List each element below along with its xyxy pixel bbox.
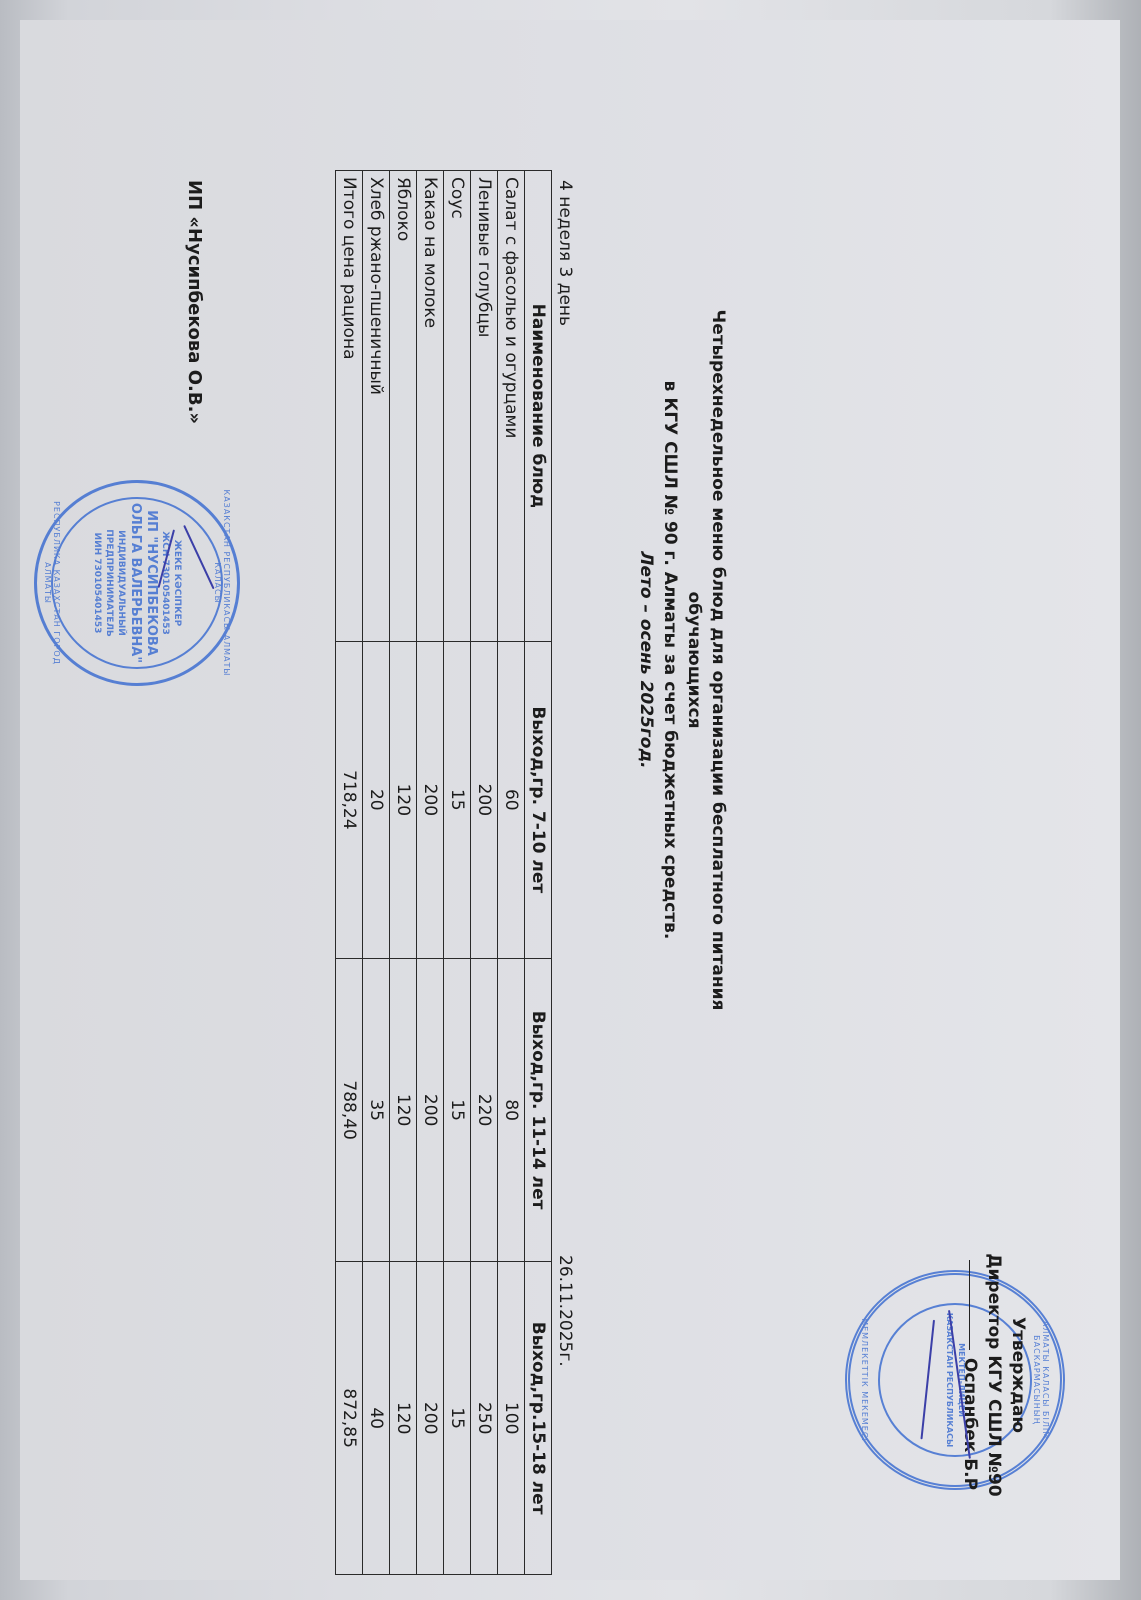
table-row: Соус 15 15 15 — [444, 171, 471, 1575]
approval-label: Утверждаю — [1006, 1210, 1030, 1540]
supplier-stamp-line5: ИНДИВИДУАЛЬНЫЙ ПРЕДПРИНИМАТЕЛЬ — [103, 499, 127, 667]
total-label: Итого цена рациона — [336, 171, 363, 642]
dish-name: Яблоко — [390, 171, 417, 642]
week-day-label: 4 неделя 3 день — [555, 180, 575, 326]
table-row: Ленивые голубцы 200 220 250 — [471, 171, 498, 1575]
yield-11-14: 15 — [444, 958, 471, 1261]
supplier-stamp-line6: ИИН 730105401453 — [91, 533, 103, 634]
title-line2: в КГУ СШЛ № 90 г. Алматы за счет бюджетн… — [658, 280, 682, 1040]
menu-document: АЛМАТЫ КАЛАСЫ БІЛІМ БАСКАРМАСЫНЫҢ МЕКТЕП… — [20, 20, 1120, 1580]
supplier-stamp-line4: ОЛЬГА ВАЛЕРЬЕВНА" — [127, 503, 143, 663]
yield-15-18: 200 — [417, 1262, 444, 1575]
total-11-14: 788,40 — [336, 958, 363, 1261]
table-total-row: Итого цена рациона 718,24 788,40 872,85 — [336, 171, 363, 1575]
supplier-stamp-ring-bottom: РЕСПУБЛИКА КАЗАХСТАН ГОРОД АЛМАТЫ — [43, 483, 61, 683]
total-15-18: 872,85 — [336, 1262, 363, 1575]
yield-7-10: 20 — [363, 641, 390, 958]
school-stamp-ring-top: АЛМАТЫ КАЛАСЫ БІЛІМ БАСКАРМАСЫНЫҢ — [1032, 1275, 1050, 1485]
yield-7-10: 120 — [390, 641, 417, 958]
header-yield-11-14: Выход,гр. 11-14 лет — [525, 958, 552, 1261]
dish-name: Хлеб ржано-пшеничный — [363, 171, 390, 642]
header-dish-name: Наименование блюд — [525, 171, 552, 642]
dish-name: Салат с фасолью и огурцами — [498, 171, 525, 642]
table-row: Салат с фасолью и огурцами 60 80 100 — [498, 171, 525, 1575]
header-yield-7-10: Выход,гр. 7-10 лет — [525, 641, 552, 958]
table-row: Яблоко 120 120 120 — [390, 171, 417, 1575]
title-line3: Лето – осень 2025год. — [634, 280, 658, 1040]
supplier-stamp-line1: ЖЕКЕ КӘСІПКЕР — [171, 540, 183, 626]
document-title: Четырехнедельное меню блюд для организац… — [634, 280, 730, 1040]
yield-15-18: 120 — [390, 1262, 417, 1575]
dish-name: Ленивые голубцы — [471, 171, 498, 642]
yield-11-14: 220 — [471, 958, 498, 1261]
approval-name-line: Оспанбек Б.Р — [958, 1210, 982, 1540]
yield-7-10: 60 — [498, 641, 525, 958]
yield-7-10: 200 — [471, 641, 498, 958]
header-yield-15-18: Выход,гр.15-18 лет — [525, 1262, 552, 1575]
total-7-10: 718,24 — [336, 641, 363, 958]
yield-7-10: 200 — [417, 641, 444, 958]
yield-7-10: 15 — [444, 641, 471, 958]
yield-15-18: 40 — [363, 1262, 390, 1575]
title-line1: Четырехнедельное меню блюд для организац… — [682, 280, 730, 1040]
supplier-label: ИП «Нусипбекова О.В.» — [184, 180, 205, 424]
yield-15-18: 15 — [444, 1262, 471, 1575]
yield-11-14: 35 — [363, 958, 390, 1261]
approval-block: Утверждаю Директор КГУ СШЛ №90 Оспанбек … — [958, 1210, 1030, 1540]
table-header-row: Наименование блюд Выход,гр. 7-10 лет Вых… — [525, 171, 552, 1575]
supplier-stamp-center: ЖЕКЕ КӘСІПКЕР ЖСН 730105401453 ИП "НУСИП… — [51, 497, 223, 669]
yield-11-14: 80 — [498, 958, 525, 1261]
supplier-stamp-line3: ИП "НУСИПБЕКОВА — [143, 510, 159, 656]
dish-name: Какао на молоке — [417, 171, 444, 642]
school-stamp: АЛМАТЫ КАЛАСЫ БІЛІМ БАСКАРМАСЫНЫҢ МЕКТЕП… — [845, 1270, 1065, 1490]
dish-name: Соус — [444, 171, 471, 642]
table-row: Хлеб ржано-пшеничный 20 35 40 — [363, 171, 390, 1575]
supplier-stamp-ring-top: КАЗАКСТАН РЕСПУБЛИКАСЫ АЛМАТЫ КАЛАСЫ — [213, 483, 231, 683]
document-date: 26.11.2025г. — [555, 1255, 575, 1367]
yield-11-14: 200 — [417, 958, 444, 1261]
signature-line — [970, 1260, 971, 1350]
yield-11-14: 120 — [390, 958, 417, 1261]
menu-table: Наименование блюд Выход,гр. 7-10 лет Вых… — [335, 170, 552, 1575]
table-row: Какао на молоке 200 200 200 — [417, 171, 444, 1575]
school-stamp-ring-bottom: МЕМЛЕКЕТТІК МЕКЕМЕСІ — [860, 1318, 869, 1442]
yield-15-18: 100 — [498, 1262, 525, 1575]
yield-15-18: 250 — [471, 1262, 498, 1575]
approval-position: Директор КГУ СШЛ №90 — [982, 1210, 1006, 1540]
